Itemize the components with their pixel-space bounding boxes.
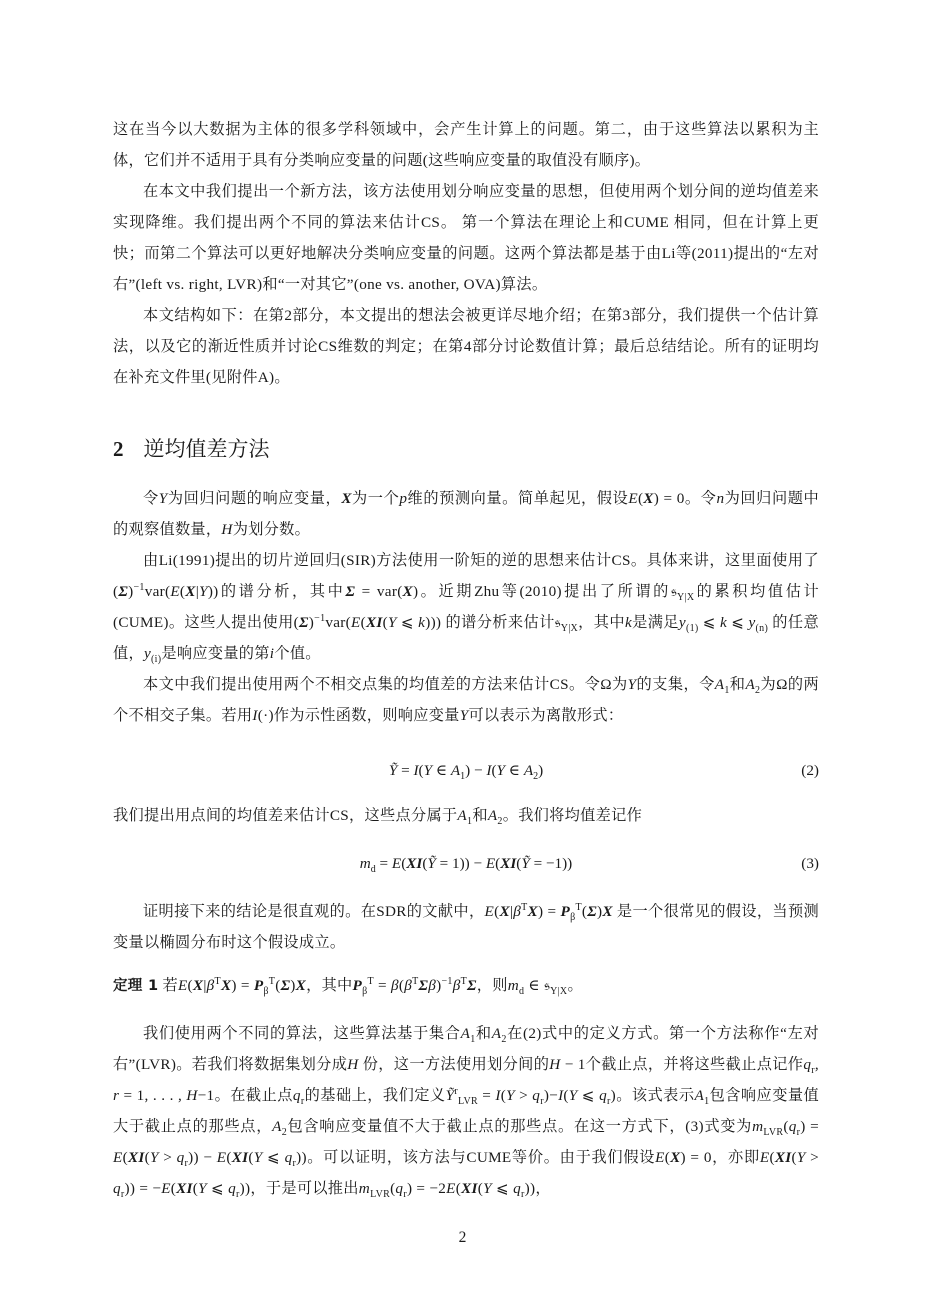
math-symbol: E xyxy=(217,1149,227,1166)
math-symbol: I xyxy=(558,1087,563,1104)
math-subscript: r xyxy=(403,1189,407,1200)
math-symbol: E xyxy=(392,855,401,872)
math-bold-symbol: P xyxy=(561,903,571,920)
math-symbol: Y xyxy=(159,490,168,507)
math-bold-symbol: Σ xyxy=(345,583,355,600)
math-symbol: y xyxy=(679,614,686,631)
math-subscript: β xyxy=(362,986,367,997)
math-symbol: q xyxy=(293,1087,301,1104)
math-symbol: Y xyxy=(254,1149,263,1166)
math-symbol: Y xyxy=(424,762,432,779)
math-symbol: β xyxy=(391,977,399,994)
math-subscript: r xyxy=(797,1127,801,1138)
math-symbol: m xyxy=(508,977,519,994)
math-symbol: Y xyxy=(497,762,505,779)
math-subscript: β xyxy=(263,986,268,997)
math-symbol: A xyxy=(457,807,467,824)
math-symbol: k xyxy=(720,614,727,631)
math-subscript: 1 xyxy=(460,771,465,782)
math-subscript: 1 xyxy=(470,1034,475,1045)
math-symbol: A xyxy=(272,1118,282,1135)
math-subscript: 1 xyxy=(467,816,472,827)
equation-body: md = E(XI(Ỹ = 1)) − E(XI(Ỹ = −1)) xyxy=(113,848,819,879)
math-symbol: E xyxy=(486,855,495,872)
math-superscript: −1 xyxy=(441,976,452,987)
math-symbol: Y xyxy=(483,1180,492,1197)
math-symbol: Y xyxy=(150,1149,159,1166)
math-symbol: m xyxy=(752,1118,763,1135)
math-symbol: q xyxy=(113,1180,121,1197)
theorem: 定理 1 若E(X|βTX) = PβT(Σ)X，其中PβT = β(βTΣβ)… xyxy=(113,970,819,1002)
equation-number: (2) xyxy=(801,755,819,786)
math-superscript: T xyxy=(269,976,275,987)
math-symbol: A xyxy=(488,807,498,824)
math-symbol: β xyxy=(513,903,521,920)
paragraph: 在本文中我们提出一个新方法，该方法使用划分响应变量的思想，但使用两个划分间的逆均… xyxy=(113,176,819,300)
math-bold-symbol: XI xyxy=(366,614,383,631)
math-subscript: r xyxy=(121,1189,125,1200)
math-bold-symbol: XI xyxy=(232,1149,249,1166)
math-bold-symbol: Σ xyxy=(419,977,429,994)
math-symbol: E xyxy=(628,490,638,507)
math-subscript: 1 xyxy=(704,1096,709,1107)
math-symbol: E xyxy=(178,977,188,994)
math-bold-symbol: X xyxy=(193,977,203,994)
section-heading: 2逆均值差方法 xyxy=(113,434,270,464)
math-bold-symbol: X xyxy=(528,903,538,920)
math-bold-symbol: X xyxy=(221,977,231,994)
paragraph: 本文结构如下：在第2部分，本文提出的想法会被更详尽地介绍；在第3部分，我们提供一… xyxy=(113,300,819,393)
math-bold-symbol: X xyxy=(602,903,612,920)
paragraph: 我们使用两个不同的算法，这些算法基于集合A1和A2在(2)式中的定义方式。第一个… xyxy=(113,1018,819,1204)
math-symbol: E xyxy=(161,1180,171,1197)
math-bold-symbol: XI xyxy=(500,855,516,872)
math-symbol: A xyxy=(715,676,725,693)
math-symbol: m xyxy=(359,1180,370,1197)
math-symbol: q xyxy=(532,1087,540,1104)
math-symbol: p xyxy=(399,490,407,507)
math-symbol: m xyxy=(360,855,371,872)
math-symbol: y xyxy=(748,614,755,631)
math-symbol: Ỹ xyxy=(427,855,435,872)
math-symbol: I xyxy=(495,1087,500,1104)
math-subscript: r xyxy=(540,1096,544,1107)
math-symbol: Ỹ xyxy=(389,762,397,779)
math-symbol: Y xyxy=(569,1087,578,1104)
math-bold-symbol: Σ xyxy=(281,977,291,994)
math-superscript: T xyxy=(368,976,374,987)
math-symbol: A xyxy=(745,676,755,693)
math-symbol: A xyxy=(492,1025,502,1042)
math-subscript: 2 xyxy=(533,771,538,782)
math-superscript: T xyxy=(575,902,581,913)
math-subscript: 2 xyxy=(497,816,502,827)
math-subscript: 2 xyxy=(282,1127,287,1138)
math-symbol: E xyxy=(351,614,361,631)
paragraph: 由Li(1991)提出的切片逆回归(SIR)方法使用一阶矩的逆的思想来估计CS。… xyxy=(113,545,819,669)
math-symbol: Y xyxy=(198,1180,207,1197)
math-bold-symbol: XI xyxy=(176,1180,193,1197)
math-bold-symbol: XI xyxy=(461,1180,478,1197)
math-symbol: q xyxy=(789,1118,797,1135)
math-symbol: H xyxy=(186,1087,197,1104)
math-symbol: E xyxy=(446,1180,456,1197)
math-symbol: Y xyxy=(506,1087,515,1104)
math-bold-symbol: Σ xyxy=(118,583,128,600)
equation-number: (3) xyxy=(801,848,819,879)
math-subscript: LVR xyxy=(763,1127,783,1138)
math-symbol: q xyxy=(513,1180,521,1197)
math-symbol: β xyxy=(428,977,436,994)
math-bold-symbol: Σ xyxy=(467,977,477,994)
math-bold-symbol: X xyxy=(341,490,351,507)
math-subscript: (1) xyxy=(686,623,699,634)
display-equation: md = E(XI(Ỹ = 1)) − E(XI(Ỹ = −1))(3) xyxy=(113,848,819,879)
math-symbol: y xyxy=(144,645,151,662)
math-bold-symbol: X xyxy=(643,490,653,507)
math-symbol: β xyxy=(404,977,412,994)
math-subscript: (n) xyxy=(756,623,769,634)
math-symbol: q xyxy=(599,1087,607,1104)
math-superscript: −1 xyxy=(133,582,144,593)
math-symbol: I xyxy=(486,762,491,779)
math-subscript: (i) xyxy=(151,654,161,665)
math-subscript: r xyxy=(292,1158,296,1169)
math-symbol: Y xyxy=(460,707,469,724)
math-symbol: H xyxy=(221,521,232,538)
math-symbol: Ỹ xyxy=(521,855,529,872)
math-symbol: i xyxy=(270,645,275,662)
display-equation: Ỹ = I(Y ∈ A1) − I(Y ∈ A2)(2) xyxy=(113,755,819,786)
math-symbol: k xyxy=(418,614,425,631)
paragraph: 令Y为回归问题的响应变量，X为一个p维的预测向量。简单起见，假设E(X) = 0… xyxy=(113,483,819,545)
math-subscript: r xyxy=(521,1189,525,1200)
math-symbol: A xyxy=(695,1087,705,1104)
math-symbol: Y xyxy=(797,1149,806,1166)
math-subscript: r xyxy=(607,1096,611,1107)
math-symbol: q xyxy=(177,1149,185,1166)
math-symbol: β xyxy=(453,977,461,994)
section-title: 逆均值差方法 xyxy=(144,437,270,461)
paragraph: 本文中我们提出使用两个不相交点集的均值差的方法来估计CS。令Ω为Y的支集，令A1… xyxy=(113,669,819,731)
math-subscript: β xyxy=(570,912,575,923)
math-bold-symbol: X xyxy=(670,1149,680,1166)
math-symbol: Y xyxy=(199,583,208,600)
math-subscript: Y|X xyxy=(561,623,578,634)
math-symbol: β xyxy=(207,977,215,994)
math-bold-symbol: X xyxy=(403,583,413,600)
equation-body: Ỹ = I(Y ∈ A1) − I(Y ∈ A2) xyxy=(113,755,819,786)
math-subscript: 2 xyxy=(755,685,760,696)
math-bold-symbol: XI xyxy=(775,1149,792,1166)
paragraph: 我们提出用点间的均值差来估计CS，这些点分属于A1和A2。我们将均值差记作 xyxy=(113,800,819,831)
math-symbol: E xyxy=(655,1149,665,1166)
math-symbol: q xyxy=(228,1180,236,1197)
math-superscript: −1 xyxy=(314,613,325,624)
math-subscript: r xyxy=(811,1065,815,1076)
math-symbol: A xyxy=(461,1025,471,1042)
math-subscript: Y|X xyxy=(677,592,694,603)
math-symbol: k xyxy=(625,614,632,631)
math-subscript: LVR xyxy=(370,1189,390,1200)
math-subscript: r xyxy=(185,1158,189,1169)
math-symbol: E xyxy=(113,1149,123,1166)
math-bold-symbol: X xyxy=(499,903,509,920)
math-symbol: Y xyxy=(628,676,637,693)
math-symbol: n xyxy=(716,490,724,507)
math-bold-symbol: Σ xyxy=(587,903,597,920)
math-subscript: LVR xyxy=(458,1096,478,1107)
math-subscript: d xyxy=(371,864,376,875)
math-symbol: r xyxy=(113,1087,119,1104)
math-subscript: r xyxy=(236,1189,240,1200)
math-symbol: H xyxy=(549,1056,560,1073)
math-bold-symbol: XI xyxy=(406,855,422,872)
math-subscript: d xyxy=(519,986,524,997)
math-symbol: H xyxy=(347,1056,358,1073)
paragraph: 这在当今以大数据为主体的很多学科领域中，会产生计算上的问题。第二，由于这些算法以… xyxy=(113,114,819,176)
math-subscript: 1 xyxy=(724,685,729,696)
math-bold-symbol: X xyxy=(185,583,195,600)
math-symbol: I xyxy=(252,707,257,724)
paragraph: 证明接下来的结论是很直观的。在SDR的文献中，E(X|βTX) = PβT(Σ)… xyxy=(113,896,819,958)
page-number: 2 xyxy=(0,1229,925,1247)
math-subscript: 2 xyxy=(501,1034,506,1045)
math-bold-symbol: X xyxy=(296,977,306,994)
math-bold-symbol: XI xyxy=(128,1149,145,1166)
math-bold-symbol: P xyxy=(353,977,363,994)
section-number: 2 xyxy=(113,437,124,461)
math-subscript: Y|X xyxy=(550,986,567,997)
math-subscript: r xyxy=(301,1096,305,1107)
math-bold-symbol: P xyxy=(254,977,264,994)
math-symbol: I xyxy=(413,762,418,779)
math-symbol: E xyxy=(485,903,495,920)
math-symbol: A xyxy=(451,762,460,779)
math-symbol: Y xyxy=(388,614,397,631)
math-symbol: E xyxy=(170,583,180,600)
math-symbol: E xyxy=(760,1149,770,1166)
math-bold-symbol: Σ xyxy=(299,614,309,631)
theorem-label: 定理 1 xyxy=(113,978,158,994)
math-symbol: A xyxy=(524,762,533,779)
